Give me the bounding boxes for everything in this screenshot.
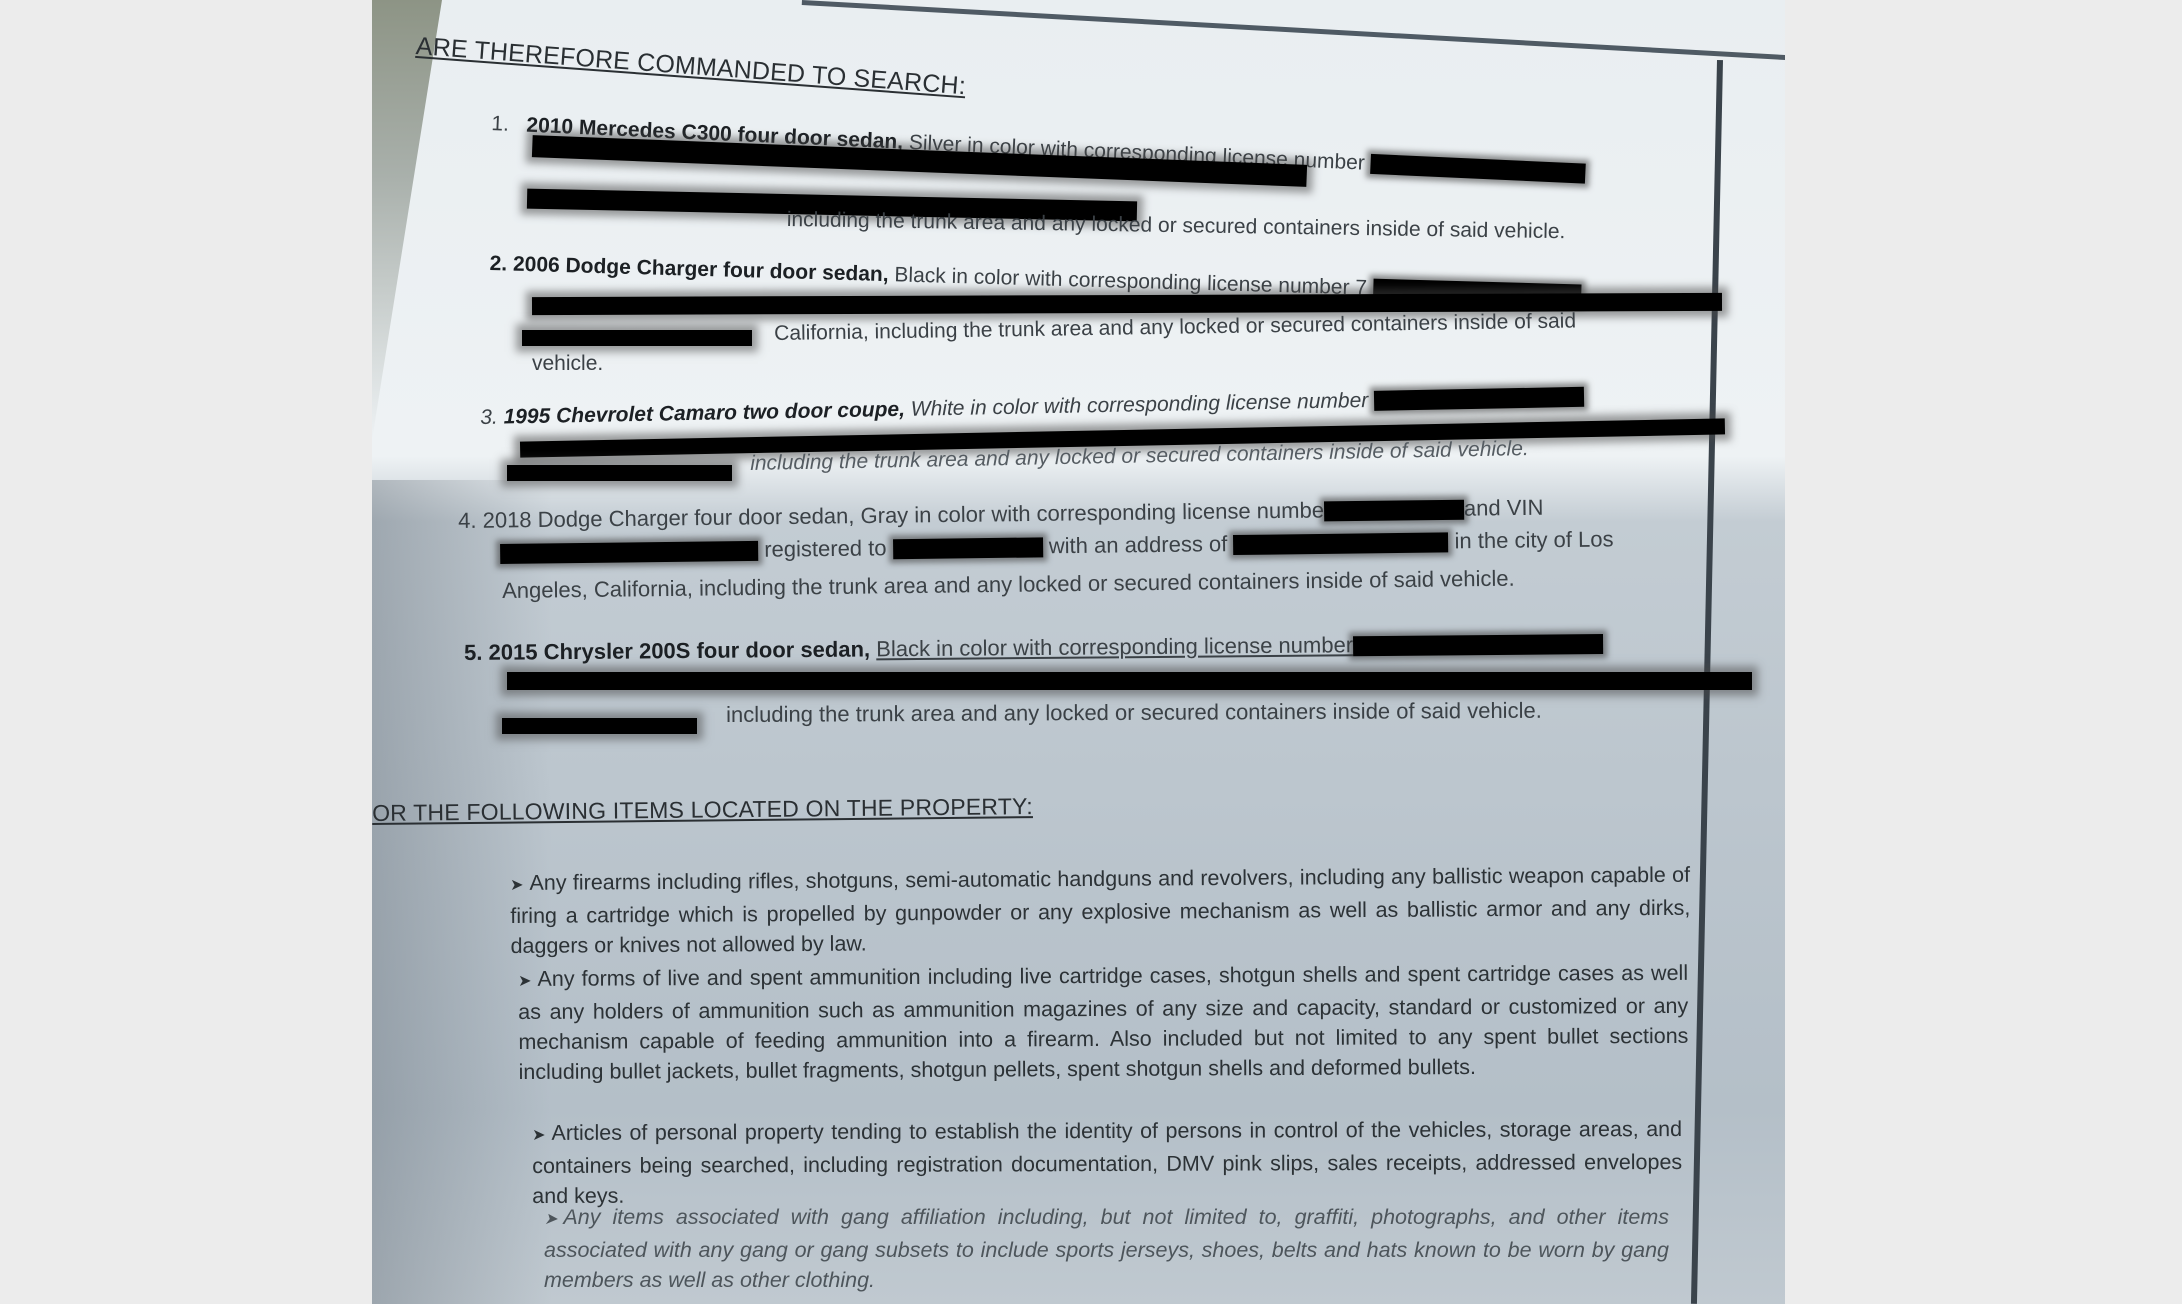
vehicle-2-title: 2006 Dodge Charger four door sedan,: [513, 253, 889, 286]
vehicle-5-line-1: 5. 2015 Chrysler 200S four door sedan, B…: [464, 630, 1603, 666]
items-heading: OR THE FOLLOWING ITEMS LOCATED ON THE PR…: [372, 793, 1033, 827]
vehicle-4-title: 2018 Dodge Charger four door sedan,: [482, 503, 854, 533]
item-firearms: ➤Any firearms including rifles, shotguns…: [510, 860, 1691, 961]
redaction: [1353, 634, 1603, 656]
search-heading: ARE THEREFORE COMMANDED TO SEARCH:: [415, 32, 967, 101]
vehicle-5-line-3: including the trunk area and any locked …: [726, 698, 1542, 728]
redaction: [500, 541, 758, 564]
redaction: [1324, 500, 1464, 522]
vehicle-5-title: 2015 Chrysler 200S four door sedan,: [488, 636, 870, 664]
vehicle-1-line-3: including the trunk area and any locked …: [787, 208, 1566, 244]
arrowhead-bullet-icon: ➤: [518, 973, 531, 990]
arrowhead-bullet-icon: ➤: [510, 877, 524, 894]
arrowhead-bullet-icon: ➤: [544, 1211, 557, 1228]
vehicle-2-line-3: California, including the trunk area and…: [774, 309, 1576, 346]
redaction: [502, 718, 697, 734]
warrant-page: ARE THEREFORE COMMANDED TO SEARCH: 1. 20…: [372, 0, 1785, 1304]
item-personal-property: ➤Articles of personal property tending t…: [532, 1114, 1682, 1211]
redaction: [507, 672, 1752, 690]
redaction: [1374, 387, 1584, 411]
redaction: [507, 465, 732, 481]
vehicle-4-line-2: registered to with an address of in the …: [500, 526, 1614, 566]
vehicle-3-line-1: 3. 1995 Chevrolet Camaro two door coupe,…: [480, 385, 1584, 430]
document-photo: ARE THEREFORE COMMANDED TO SEARCH: 1. 20…: [372, 0, 1785, 1304]
redaction-owner-name: [893, 538, 1043, 560]
vehicle-2-line-4: vehicle.: [532, 352, 603, 376]
arrowhead-bullet-icon: ➤: [532, 1127, 545, 1144]
redaction: [1370, 154, 1586, 184]
item-gang-affiliation: ➤Any items associated with gang affiliat…: [544, 1202, 1669, 1295]
redaction: [522, 330, 752, 346]
item-ammunition: ➤Any forms of live and spent ammunition …: [518, 958, 1689, 1087]
vehicle-4-line-1: 4. 2018 Dodge Charger four door sedan, G…: [458, 495, 1544, 534]
vehicle-3-title: 1995 Chevrolet Camaro two door coupe,: [503, 398, 905, 429]
redaction: [1233, 533, 1448, 556]
vehicle-4-line-3: Angeles, California, including the trunk…: [502, 566, 1515, 604]
